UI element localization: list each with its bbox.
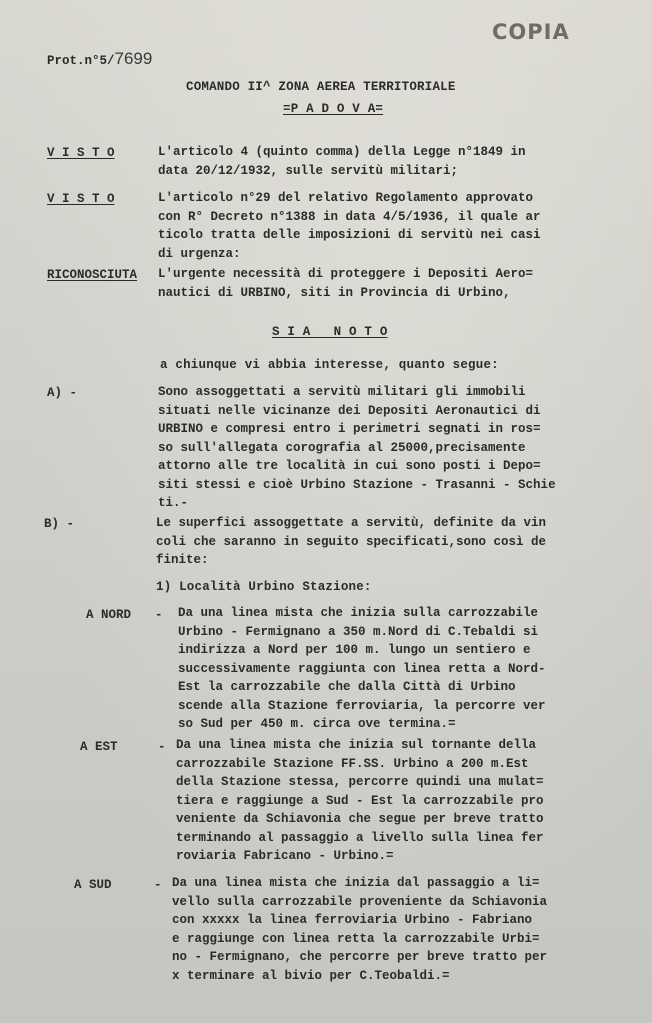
text-line: Da una linea mista che inizia dal passag… <box>172 874 547 893</box>
text-line: so Sud per 450 m. circa ove termina.= <box>178 715 546 734</box>
text-line: tiera e raggiunge a Sud - Est la carrozz… <box>176 792 544 811</box>
text-line: data 20/12/1932, sulle servitù militari; <box>158 162 526 181</box>
document-page: COPIA Prot.n°5/7699 COMANDO II^ ZONA AER… <box>0 0 652 1023</box>
header-subtitle: =P A D O V A= <box>283 102 383 117</box>
text-line: Da una linea mista che inizia sulla carr… <box>178 604 546 623</box>
protocol-number: Prot.n°5/7699 <box>47 49 152 69</box>
text-line: con R° Decreto n°1388 in data 4/5/1936, … <box>158 208 541 227</box>
text-line: Urbino - Fermignano a 350 m.Nord di C.Te… <box>178 623 546 642</box>
text-line: di urgenza: <box>158 245 541 264</box>
section-text-a: Sono assoggettati a servitù militari gli… <box>158 383 556 513</box>
direction-label-north: A NORD <box>86 608 131 622</box>
protocol-value: 7699 <box>115 49 153 68</box>
copy-stamp: COPIA <box>492 20 570 44</box>
text-line: no - Fermignano, che percorre per breve … <box>172 948 547 967</box>
notice-intro: a chiunque vi abbia interesse, quanto se… <box>160 358 499 373</box>
direction-dash-north: - <box>155 608 163 622</box>
text-line: attorno alle tre località in cui sono po… <box>158 457 556 476</box>
notice-heading: S I A N O T O <box>272 325 388 340</box>
protocol-prefix: Prot.n°5/ <box>47 54 115 68</box>
text-line: ticolo tratta delle imposizioni di servi… <box>158 226 541 245</box>
preamble-text-2: L'articolo n°29 del relativo Regolamento… <box>158 189 541 263</box>
text-line: veniente da Schiavonia che segue per bre… <box>176 810 544 829</box>
preamble-text-1: L'articolo 4 (quinto comma) della Legge … <box>158 143 526 180</box>
text-line: con xxxxx la linea ferroviaria Urbino - … <box>172 911 547 930</box>
header-title: COMANDO II^ ZONA AEREA TERRITORIALE <box>186 80 456 95</box>
preamble-label-3: RICONOSCIUTA <box>47 268 137 282</box>
text-line: successivamente raggiunta con linea rett… <box>178 660 546 679</box>
text-line: Le superfici assoggettate a servitù, def… <box>156 514 546 533</box>
text-line: ti.- <box>158 494 556 513</box>
text-line: indirizza a Nord per 100 m. lungo un sen… <box>178 641 546 660</box>
text-line: coli che saranno in seguito specificati,… <box>156 533 546 552</box>
section-label-b: B) - <box>44 517 74 531</box>
text-line: roviaria Fabricano - Urbino.= <box>176 847 544 866</box>
text-line: scende alla Stazione ferroviaria, la per… <box>178 697 546 716</box>
text-line: e raggiunge con linea retta la carrozzab… <box>172 930 547 949</box>
preamble-label-1: V I S T O <box>47 146 115 160</box>
text-line: terminando al passaggio a livello sulla … <box>176 829 544 848</box>
text-line: della Stazione stessa, percorre quindi u… <box>176 773 544 792</box>
text-line: siti stessi e cioè Urbino Stazione - Tra… <box>158 476 556 495</box>
direction-dash-east: - <box>158 740 166 754</box>
text-line: Sono assoggettati a servitù militari gli… <box>158 383 556 402</box>
direction-label-east: A EST <box>80 740 118 754</box>
text-line: nautici di URBINO, siti in Provincia di … <box>158 284 533 303</box>
text-line: x terminare al bivio per C.Teobaldi.= <box>172 967 547 986</box>
section-label-a: A) - <box>47 386 77 400</box>
text-line: situati nelle vicinanze dei Depositi Aer… <box>158 402 556 421</box>
text-line: Est la carrozzabile che dalla Città di U… <box>178 678 546 697</box>
preamble-text-3: L'urgente necessità di proteggere i Depo… <box>158 265 533 302</box>
direction-dash-south: - <box>154 878 162 892</box>
direction-label-south: A SUD <box>74 878 112 892</box>
text-line: L'urgente necessità di proteggere i Depo… <box>158 265 533 284</box>
text-line: carrozzabile Stazione FF.SS. Urbino a 20… <box>176 755 544 774</box>
section-text-b: Le superfici assoggettate a servitù, def… <box>156 514 546 570</box>
text-line: so sull'allegata corografia al 25000,pre… <box>158 439 556 458</box>
direction-text-south: Da una linea mista che inizia dal passag… <box>172 874 547 985</box>
text-line: L'articolo n°29 del relativo Regolamento… <box>158 189 541 208</box>
locality-heading: 1) Località Urbino Stazione: <box>156 580 372 595</box>
text-line: L'articolo 4 (quinto comma) della Legge … <box>158 143 526 162</box>
text-line: Da una linea mista che inizia sul tornan… <box>176 736 544 755</box>
direction-text-east: Da una linea mista che inizia sul tornan… <box>176 736 544 866</box>
text-line: vello sulla carrozzabile proveniente da … <box>172 893 547 912</box>
text-line: URBINO e compresi entro i perimetri segn… <box>158 420 556 439</box>
text-line: finite: <box>156 551 546 570</box>
preamble-label-2: V I S T O <box>47 192 115 206</box>
direction-text-north: Da una linea mista che inizia sulla carr… <box>178 604 546 734</box>
